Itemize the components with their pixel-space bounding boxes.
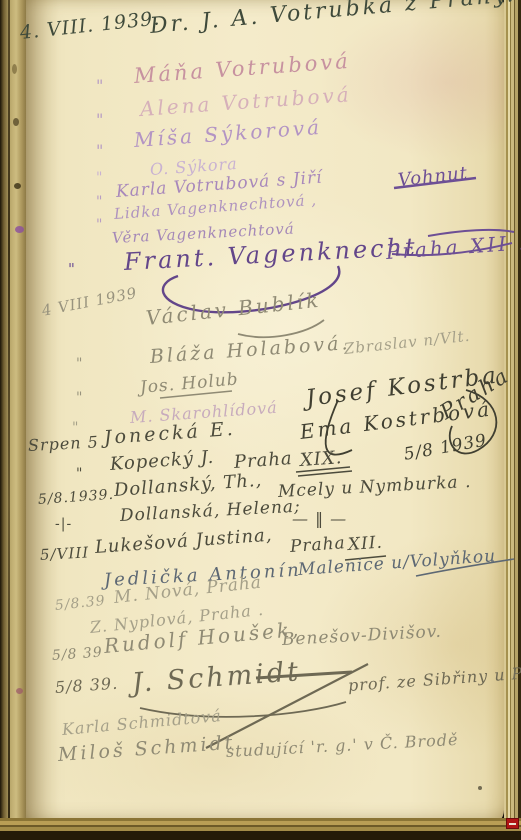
ditto-mark: " [96, 194, 103, 210]
ditto-mark: " [96, 110, 104, 129]
ink-speck [15, 226, 24, 233]
ditto-mark: " [76, 466, 83, 482]
ink-speck [478, 786, 482, 790]
ditto-mark: " [96, 217, 103, 233]
binding-seam [8, 0, 10, 840]
page-edges-right [504, 0, 521, 830]
ditto-mark: " [96, 76, 104, 95]
entry-location: Praha [289, 533, 346, 557]
red-scan-marker [506, 818, 519, 829]
ditto-mark: " [96, 170, 103, 186]
marker-slit [509, 823, 516, 825]
ditto-mark: " [68, 260, 76, 278]
book-binding [0, 0, 26, 840]
ditto-mark: " [76, 390, 83, 406]
ink-speck [12, 64, 17, 74]
ditto-location-mark: — ‖ — [292, 509, 347, 528]
ink-speck [16, 688, 23, 694]
entry-district: XII. [347, 533, 383, 555]
page-edges-bottom [0, 818, 521, 840]
ink-speck [13, 118, 19, 126]
entry-date: 5/VIII [40, 543, 90, 564]
ditto-mark: " [76, 356, 83, 372]
ditto-mark: " [96, 141, 104, 160]
scanned-guestbook-page: 4. VIII. 1939. Dr. J. A. Votrubka z Prah… [0, 0, 521, 840]
ink-speck [14, 183, 21, 189]
ditto-date-mark: -|- [55, 516, 72, 532]
entry-location: Praha [233, 448, 293, 473]
entry-district: XIX. [299, 447, 343, 471]
entry-date: Srpen 5 [28, 432, 100, 455]
